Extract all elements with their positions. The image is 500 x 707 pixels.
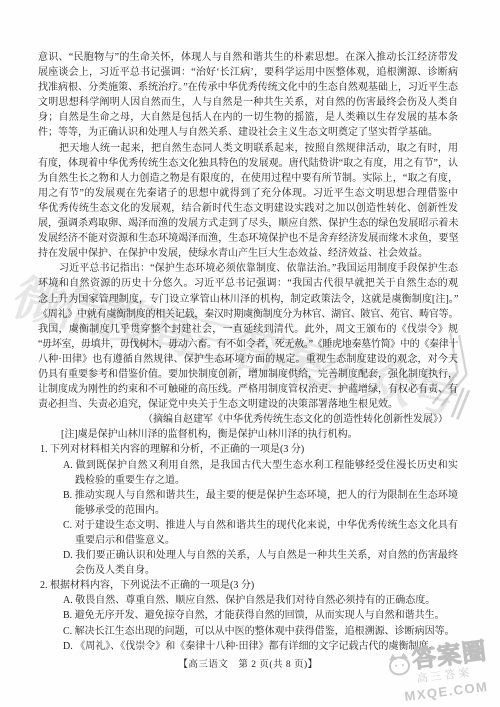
text-line: 责必担当、失责必追究，保证党中央关于生态文明建设的决策部署落地生根见效。 bbox=[38, 397, 458, 412]
text-line: 重要启示和借鉴意义。 bbox=[38, 533, 458, 548]
text-line: “毋坏室，毋填井，毋伐树木，毋动六畜。有不如令者，死无赦。”《睡虎地秦墓竹简》中… bbox=[38, 337, 458, 352]
text-line: 用之有节”的发展观在先秦诸子的思想中就得到了充分体现。习近平生态文明思想合理借鉴… bbox=[38, 186, 458, 201]
text-line: 展，强调杀鸡取卵、竭泽而渔的发展方式走到了尽头，顺应自然、保护生态的绿色发展昭示… bbox=[38, 216, 458, 231]
text-line: [注]虞是保护山林川泽的监督机构，衡是保护山林川泽的执行机构。 bbox=[38, 427, 458, 442]
text-line: 《周礼》中就有虞衡制度的相关记载，秦汉时期虞衡制度分为林官、湖官、陂官、苑官、畴… bbox=[38, 307, 458, 322]
text-line: 践检验的重要生存之道。 bbox=[38, 473, 458, 488]
text-line: 有度，体现着中华优秀传统生态文化独具特色的发展观。唐代陆贽讲“取之有度，用之有节… bbox=[38, 156, 458, 171]
text-line: 发展经济不能对资源和生态环境竭泽而渔，生态环境保护也不是舍弃经济发展而缘木求鱼，… bbox=[38, 231, 458, 246]
text-line: 会伤及人类自身。 bbox=[38, 563, 458, 578]
text-line: 为自然生长之物和人力创造之物是有限度的，在使用过程中要有所节制。实际上，“取之有… bbox=[38, 171, 458, 186]
text-line: 持在发展中保护、在保护中发展，使绿水青山产生巨大生态效益、经济效益、社会效益。 bbox=[38, 246, 458, 261]
text-line: 身；自然是生命之母，大自然是包括人在内的一切生物的摇篮，是人类赖以生存发展的基本… bbox=[38, 110, 458, 125]
text-line: 华优秀传统生态文化的发展观，结合新时代生态文明建设实践对之加以创造性转化、创新性… bbox=[38, 201, 458, 216]
text-line: （摘编自赵建军《中华优秀传统生态文化的创造性转化创新性发展》） bbox=[38, 412, 458, 427]
text-line: 展座谈会上，习近平总书记强调：“治好‘长江病’，要科学运用中医整体观，追根溯源、… bbox=[38, 65, 458, 80]
text-line: B. 推动实现人与自然和谐共生，最主要的便是保护生态环境，把人的行为限制在生态环… bbox=[38, 488, 458, 503]
text-line: 把天地人统一起来，把自然生态同人类文明联系起来，按照自然规律活动，取之有时，用之 bbox=[38, 141, 458, 156]
document-lines: 意识、“民胞物与”的生命关怀，体现人与自然和谐共生的朴素思想。在深入推动长江经济… bbox=[38, 50, 458, 654]
text-line: 能够承受的范围内。 bbox=[38, 503, 458, 518]
text-line: B. 避免无序开发、避免掠夺自然，才能获得自然的回馈，从而实现人与自然和谐共生。 bbox=[38, 608, 458, 623]
text-line: 我国，虞衡制度几乎贯穿整个封建社会，一直延续到清代。此外，周文王颁布的《伐崇令》… bbox=[38, 322, 458, 337]
text-line: D. 《周礼》、《伐崇令》和《秦律十八种·田律》都有详细的文字记载古代的虞衡制度… bbox=[38, 639, 458, 654]
text-line: 让制度成为刚性的约束和不可触碰的高压线。严格用制度管权治吏、护蓝增绿，有权必有责… bbox=[38, 382, 458, 397]
text-line: D. 我们要正确认识和处理人与自然的关系，人与自然是一种共生关系，对自然的伤害最… bbox=[38, 548, 458, 563]
text-line: C. 解决长江生态出现的问题，可以从中医的整体观中获得借鉴，追根溯源、诊断病因等… bbox=[38, 624, 458, 639]
text-line: 八种·田律》也有遵循自然规律、保护生态环境方面的规定。重视生态制度建设的观念，对… bbox=[38, 352, 458, 367]
text-line: 念上升为国家管理制度，专门设立掌管山林川泽的机构，制定政策法令，这就是虞衡制度[… bbox=[38, 292, 458, 307]
text-line: C. 对于建设生态文明、推进人与自然和谐共生的现代化来说，中华优秀传统生态文化具… bbox=[38, 518, 458, 533]
text-line: 环境和自然资源的历史十分悠久。习近平总书记强调：“我国古代很早就把关于自然生态的… bbox=[38, 276, 458, 291]
text-line: 2. 根据材料内容，下列说法不正确的一项是(3 分) bbox=[38, 578, 458, 593]
text-line: 文明思想科学阐明人因自然而生，人与自然是一种共生关系，对自然的伤害最终会伤及人类… bbox=[38, 95, 458, 110]
text-line: 仍具有重要参考和借鉴价值。要加快制度创新，增加制度供给，完善制度配套，强化制度执… bbox=[38, 367, 458, 382]
text-line: A. 敬畏自然、尊重自然、顺应自然、保护自然是我们对待自然必须持有的正确态度。 bbox=[38, 593, 458, 608]
text-line: 意识、“民胞物与”的生命关怀，体现人与自然和谐共生的朴素思想。在深入推动长江经济… bbox=[38, 50, 458, 65]
watermark-site: MXQE.COM bbox=[392, 677, 500, 705]
page-footer: 【高三语文 第 2 页(共 8 页)】 bbox=[38, 656, 458, 670]
text-line: A. 做到既保护自然又利用自然，是我国古代大型生态水利工程能够经受住漫长历史和实 bbox=[38, 458, 458, 473]
text-line: 习近平总书记指出：“保护生态环境必须依靠制度、依靠法治。”我国运用制度手段保护生… bbox=[38, 261, 458, 276]
text-line: 1. 下列对材料相关内容的理解和分析，不正确的一项是(3 分) bbox=[38, 442, 458, 457]
text-line: 件；等等，为正确认识和处理人与自然关系、建设社会主义生态文明奠定了坚实哲学基础。 bbox=[38, 125, 458, 140]
text-line: 找准病根、分类施策、系统治疗。”在传承中华优秀传统文化中的生态自然观基础上，习近… bbox=[38, 80, 458, 95]
scanned-exam-page: 微信搜高三答案公众号 》 ∥ 意识、“民胞物与”的生命关怀，体现人与自然和谐共生… bbox=[0, 0, 500, 707]
